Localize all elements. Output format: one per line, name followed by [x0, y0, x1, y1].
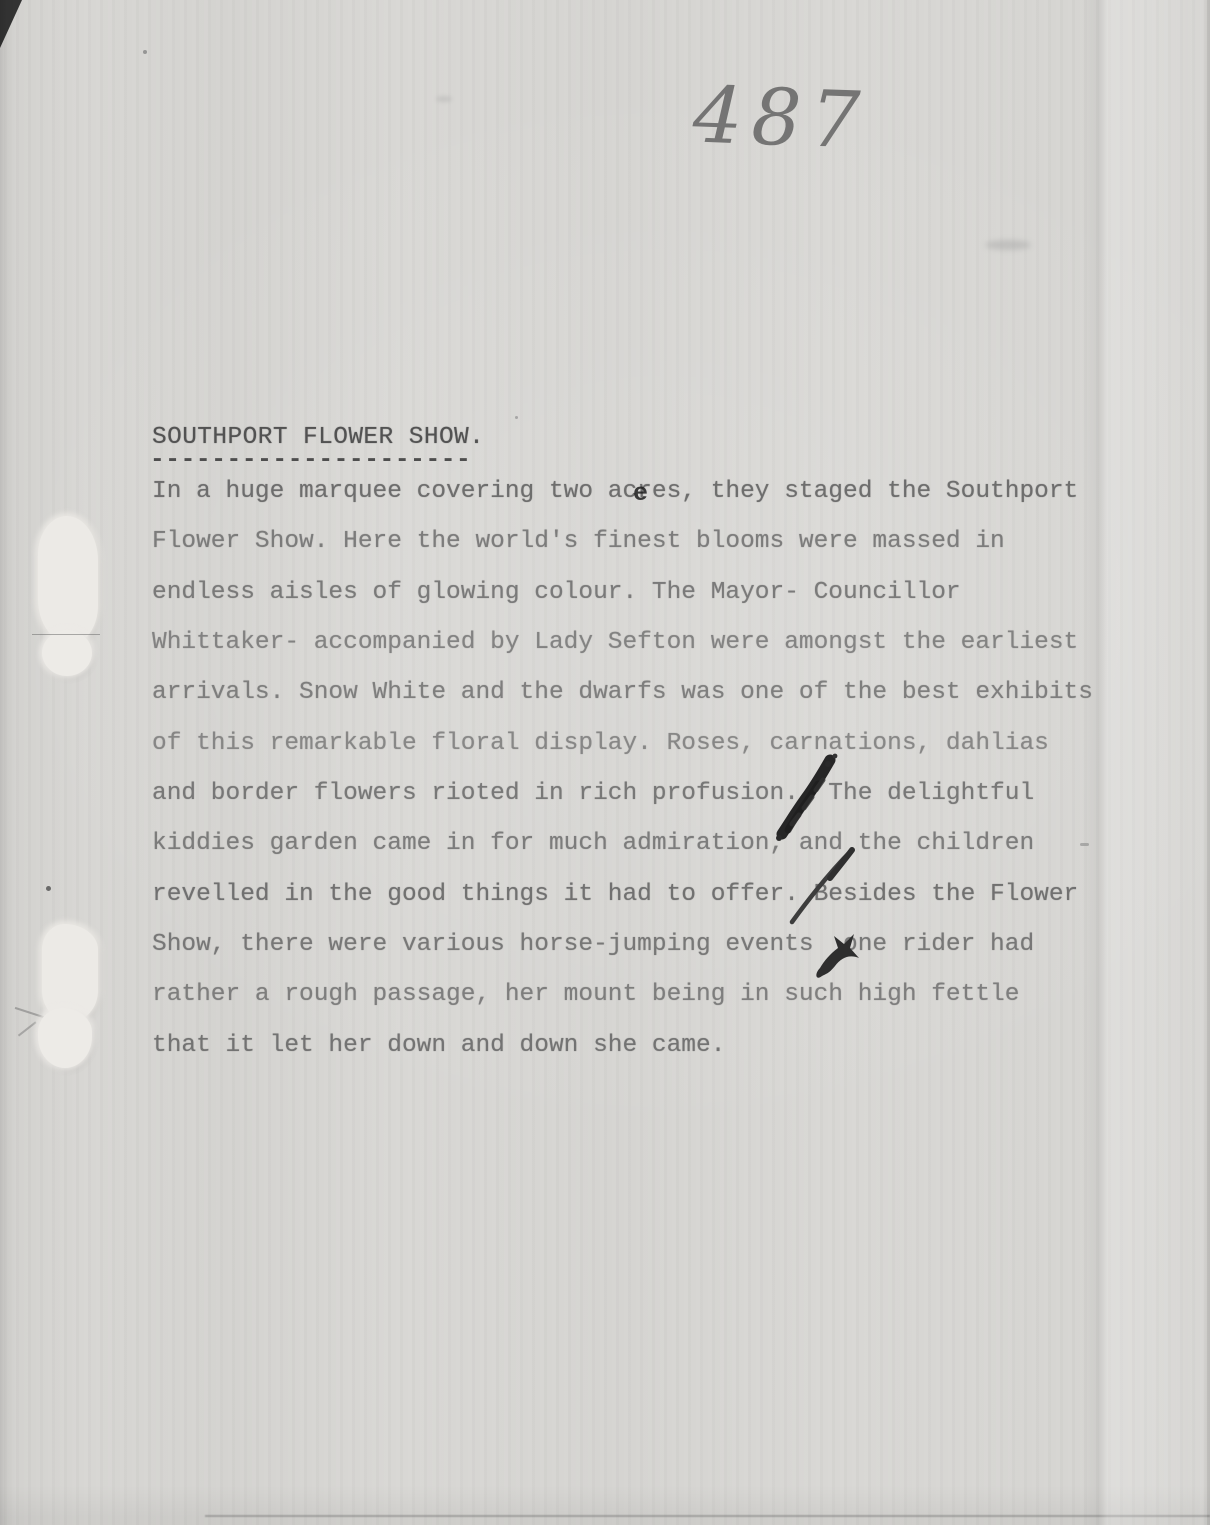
typewritten-line: Show, there were various horse-jumping e…	[152, 920, 1162, 970]
handwritten-page-number: 487	[691, 71, 894, 168]
torn-corner-mark	[0, 0, 22, 48]
scanned-page: 487 SOUTHPORT FLOWER SHOW. -------------…	[0, 0, 1210, 1525]
ink-caret-mark	[814, 928, 866, 989]
patch-pencil-line	[18, 1021, 36, 1036]
smudge-mark	[985, 240, 1031, 250]
ink-slash-mark	[788, 846, 858, 931]
typewritten-line: arrivals. Snow White and the dwarfs was …	[152, 668, 1162, 718]
patch-crease-line	[32, 634, 100, 635]
typewritten-line: revelled in the good things it had to of…	[152, 870, 1162, 920]
smudge-mark	[436, 96, 452, 102]
ink-scribble-mark	[766, 750, 852, 847]
ink-speck	[46, 886, 51, 891]
overstruck-character: e	[633, 479, 648, 508]
ink-speck	[143, 50, 147, 54]
typewritten-line: Whittaker- accompanied by Lady Sefton we…	[152, 618, 1162, 668]
patch-body	[38, 516, 98, 644]
scan-edge-line	[205, 1515, 1210, 1517]
typewritten-paragraph: In a huge marquee covering two acres, th…	[152, 467, 1162, 1071]
white-patch-upper	[32, 512, 112, 678]
typewritten-line: rather a rough passage, her mount being …	[152, 970, 1162, 1020]
white-patch-lower	[12, 922, 122, 1077]
typewritten-line: kiddies garden came in for much admirati…	[152, 819, 1162, 869]
typewritten-line: endless aisles of glowing colour. The Ma…	[152, 568, 1162, 618]
patch-foot	[38, 1008, 92, 1068]
typewritten-line: Flower Show. Here the world's finest blo…	[152, 517, 1162, 567]
typewritten-line: In a huge marquee covering two acres, th…	[152, 467, 1162, 517]
patch-foot	[42, 630, 92, 676]
typewritten-line: of this remarkable floral display. Roses…	[152, 719, 1162, 769]
ink-speck	[515, 416, 518, 419]
patch-body	[42, 924, 98, 1022]
typewritten-line: and border flowers rioted in rich profus…	[152, 769, 1162, 819]
typewritten-line: that it let her down and down she came.	[152, 1021, 1162, 1071]
